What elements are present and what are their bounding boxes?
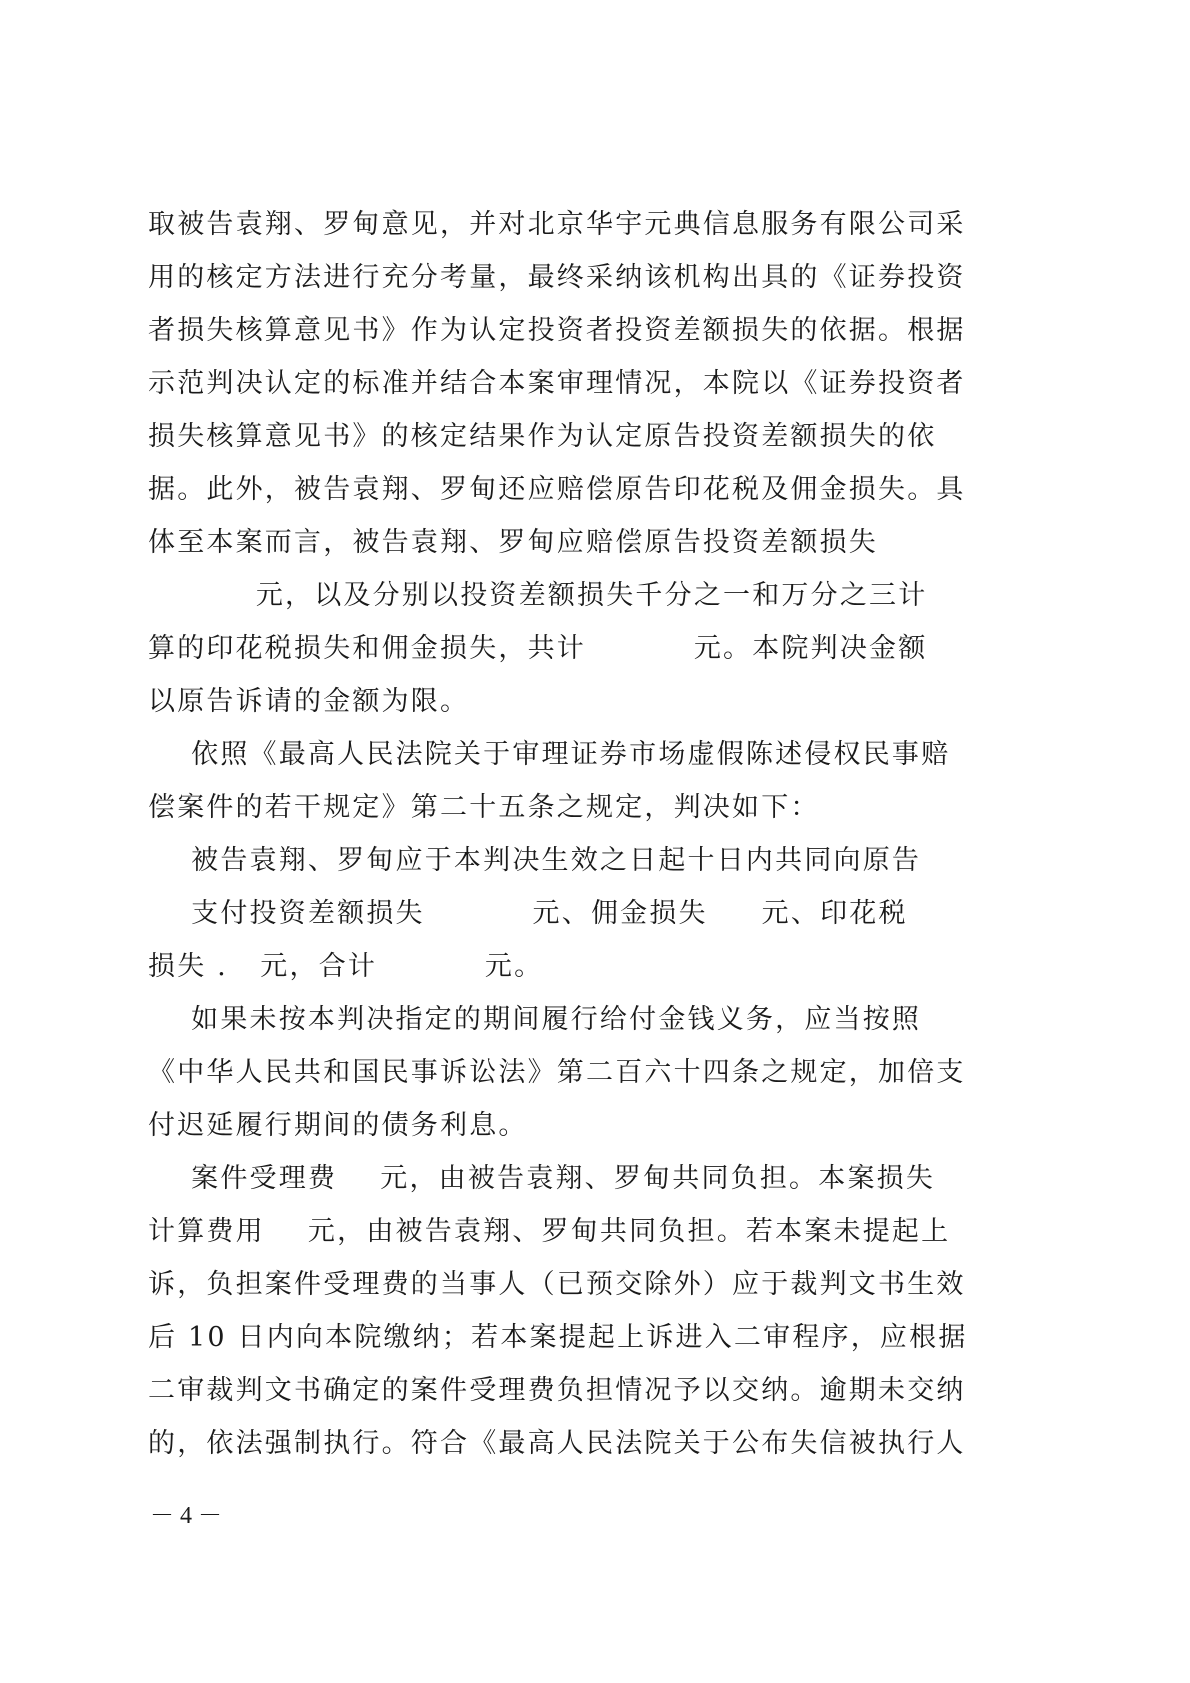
- text-line: 后 10 日内向本院缴纳；若本案提起上诉进入二审程序，应根据: [148, 1318, 968, 1358]
- document-page: 取被告袁翔、罗甸意见，并对北京华宇元典信息服务有限公司采 用的核定方法进行充分考…: [0, 0, 1190, 1683]
- text-line: 诉，负担案件受理费的当事人（已预交除外）应于裁判文书生效: [148, 1265, 968, 1305]
- text-line: 支付投资差额损失 元、佣金损失 元、印花税: [148, 894, 968, 934]
- text-line: 偿案件的若干规定》第二十五条之规定，判决如下：: [148, 788, 968, 828]
- text-line: 依照《最高人民法院关于审理证券市场虚假陈述侵权民事赔: [148, 735, 968, 775]
- text-line: 体至本案而言，被告袁翔、罗甸应赔偿原告投资差额损失: [148, 523, 968, 563]
- text-line: 案件受理费 元，由被告袁翔、罗甸共同负担。本案损失: [148, 1159, 968, 1199]
- text-line: 的，依法强制执行。符合《最高人民法院关于公布失信被执行人: [148, 1424, 968, 1464]
- text-line: 取被告袁翔、罗甸意见，并对北京华宇元典信息服务有限公司采: [148, 205, 968, 245]
- text-line: 者损失核算意见书》作为认定投资者投资差额损失的依据。根据: [148, 311, 968, 351]
- text-line: 付迟延履行期间的债务利息。: [148, 1106, 968, 1146]
- text-line: 计算费用 元，由被告袁翔、罗甸共同负担。若本案未提起上: [148, 1212, 968, 1252]
- text-line: 示范判决认定的标准并结合本案审理情况，本院以《证券投资者: [148, 364, 968, 404]
- text-line: 被告袁翔、罗甸应于本判决生效之日起十日内共同向原告: [148, 841, 968, 881]
- text-line: 《中华人民共和国民事诉讼法》第二百六十四条之规定，加倍支: [148, 1053, 968, 1093]
- text-line: 如果未按本判决指定的期间履行给付金钱义务，应当按照: [148, 1000, 968, 1040]
- text-line: 算的印花税损失和佣金损失，共计 元。本院判决金额: [148, 629, 968, 669]
- text-line: 元，以及分别以投资差额损失千分之一和万分之三计: [148, 576, 968, 616]
- text-line: 据。此外，被告袁翔、罗甸还应赔偿原告印花税及佣金损失。具: [148, 470, 968, 510]
- text-line: 损失 . 元，合计 元。: [148, 947, 968, 987]
- text-line: 损失核算意见书》的核定结果作为认定原告投资差额损失的依: [148, 417, 968, 457]
- text-line: 用的核定方法进行充分考量，最终采纳该机构出具的《证券投资: [148, 258, 968, 298]
- text-line: 以原告诉请的金额为限。: [148, 682, 968, 722]
- text-line: 二审裁判文书确定的案件受理费负担情况予以交纳。逾期未交纳: [148, 1371, 968, 1411]
- page-number: － 4 －: [150, 1500, 222, 1532]
